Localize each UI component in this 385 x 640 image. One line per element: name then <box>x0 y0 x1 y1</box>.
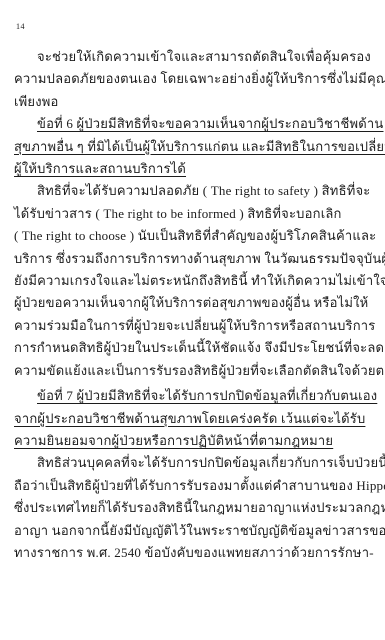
text-line: ผู้ป่วยขอความเห็นจากผู้ให้บริการต่อสุขภา… <box>14 292 372 314</box>
page-number: 14 <box>16 22 25 31</box>
text-line: ความร่วมมือในการที่ผู้ป่วยจะเปลี่ยนผู้ให… <box>14 315 372 337</box>
text-line: เพียงพอ <box>14 91 372 113</box>
text-line: ความขัดแย้งและเป็นการรับรองสิทธิผู้ป่วยท… <box>14 360 372 382</box>
section-heading-item-6: สุขภาพอื่น ๆ ที่มิได้เป็นผู้ให้บริการแก่… <box>14 136 372 158</box>
text-line: สิทธิส่วนบุคคลที่จะได้รับการปกปิดข้อมูลเ… <box>14 452 372 474</box>
section-heading-item-6: ผู้ให้บริการและสถานบริการได้ <box>14 158 372 180</box>
text-line: ทางราชการ พ.ศ. 2540 ข้อบังคับของแพทยสภาว… <box>14 542 372 564</box>
section-heading-item-7: ความยินยอมจากผู้ป่วยหรือการปฏิบัติหน้าที… <box>14 430 372 452</box>
text-line: สิทธิที่จะได้รับความปลอดภัย ( The right … <box>14 180 372 202</box>
text-line: ( The right to choose ) นับเป็นสิทธิที่ส… <box>14 225 372 247</box>
text-line: ความปลอดภัยของตนเอง โดยเฉพาะอย่างยิ่งผู้… <box>14 68 372 90</box>
document-body: จะช่วยให้เกิดความเข้าใจและสามารถตัดสินใจ… <box>14 46 372 564</box>
text-line: อาญา นอกจากนี้ยังมีบัญญัติไว้ในพระราชบัญ… <box>14 520 372 542</box>
text-line: การกำหนดสิทธิผู้ป่วยในประเด็นนี้ให้ชัดแจ… <box>14 337 372 359</box>
section-heading-item-7: จากผู้ประกอบวิชาชีพด้านสุขภาพโดยเคร่งครั… <box>14 408 372 430</box>
text-line: ได้รับข่าวสาร ( The right to be informed… <box>14 203 372 225</box>
text-line: ยังมีความเกรงใจและไม่ตระหนักถึงสิทธินี้ … <box>14 270 372 292</box>
document-page: 14 จะช่วยให้เกิดความเข้าใจและสามารถตัดสิ… <box>0 0 385 640</box>
text-line: บริการ ซึ่งรวมถึงการบริการทางด้านสุขภาพ … <box>14 248 372 270</box>
section-heading-item-6: ข้อที่ 6 ผู้ป่วยมีสิทธิที่จะขอความเห็นจา… <box>14 113 372 135</box>
text-line: จะช่วยให้เกิดความเข้าใจและสามารถตัดสินใจ… <box>14 46 372 68</box>
text-line: ถือว่าเป็นสิทธิผู้ป่วยที่ได้รับการรับรอง… <box>14 475 372 497</box>
section-heading-item-7: ข้อที่ 7 ผู้ป่วยมีสิทธิที่จะได้รับการปกป… <box>14 385 372 407</box>
text-line: ซึ่งประเทศไทยก็ได้รับรองสิทธินี้ในกฎหมาย… <box>14 497 372 519</box>
